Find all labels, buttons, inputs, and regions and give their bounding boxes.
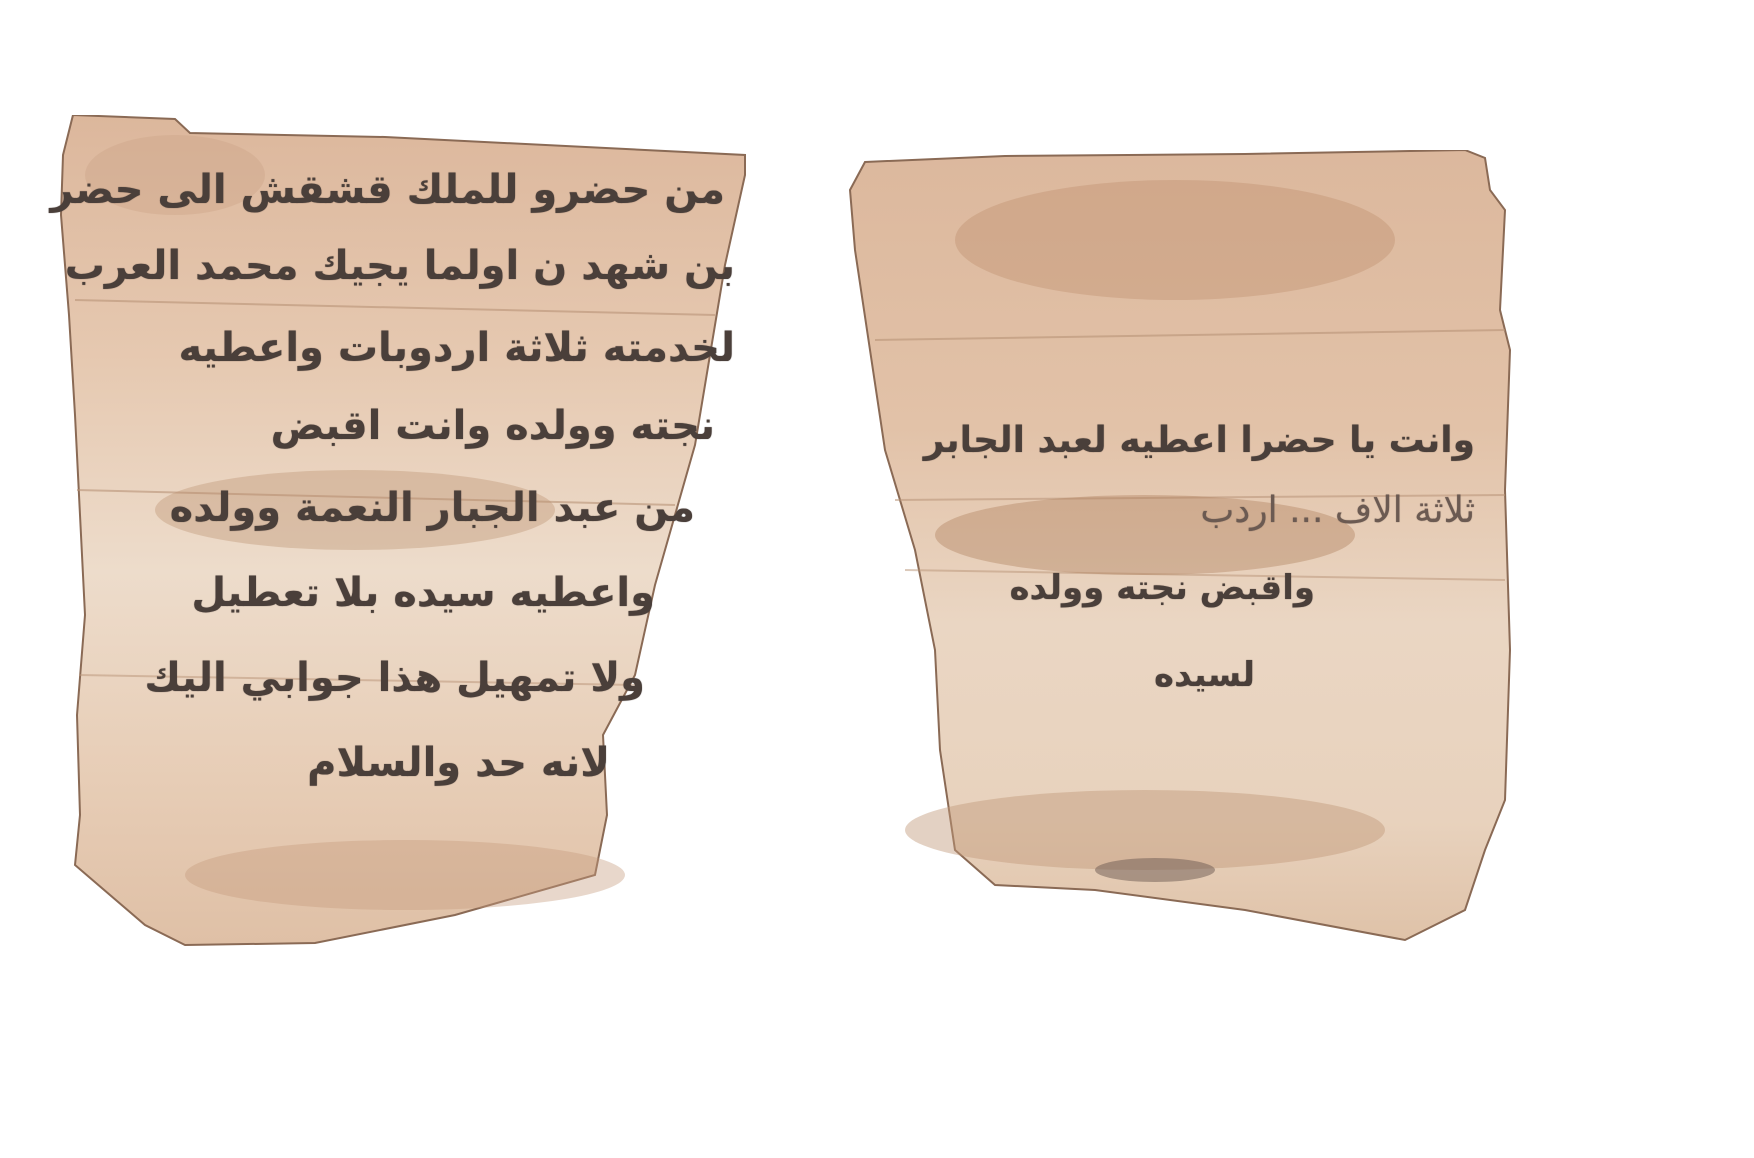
left-line-5: من عبد الجبار النعمة وولده <box>170 485 695 531</box>
left-line-1: من حضرو للملك قشقش الى حضر <box>50 167 725 213</box>
right-line-2: ثلاثة الاف ... اردب <box>1200 490 1475 531</box>
left-line-8: لانه حد والسلام <box>307 740 610 786</box>
right-text-block: وانت يا حضرا اعطيه لعبد الجابر ثلاثة الا… <box>845 150 1645 970</box>
left-text-block: من حضرو للملك قشقش الى حضر بن شهد ن اولم… <box>55 115 755 985</box>
left-manuscript-fragment: من حضرو للملك قشقش الى حضر بن شهد ن اولم… <box>55 115 755 985</box>
left-line-6: واعطيه سيده بلا تعطيل <box>191 570 655 616</box>
left-line-4: نجته وولده وانت اقبض <box>271 403 715 449</box>
right-line-4: لسيده <box>1154 655 1255 695</box>
right-manuscript-fragment: وانت يا حضرا اعطيه لعبد الجابر ثلاثة الا… <box>845 150 1645 970</box>
left-line-3: لخدمته ثلاثة اردوبات واعطيه <box>178 325 735 371</box>
left-line-7: ولا تمهيل هذا جوابي اليك <box>144 655 645 701</box>
right-line-1: وانت يا حضرا اعطيه لعبد الجابر <box>924 420 1475 461</box>
right-line-3: واقبض نجته وولده <box>1009 568 1315 608</box>
left-line-2: بن شهد ن اولما يجيك محمد العرب <box>65 243 735 289</box>
